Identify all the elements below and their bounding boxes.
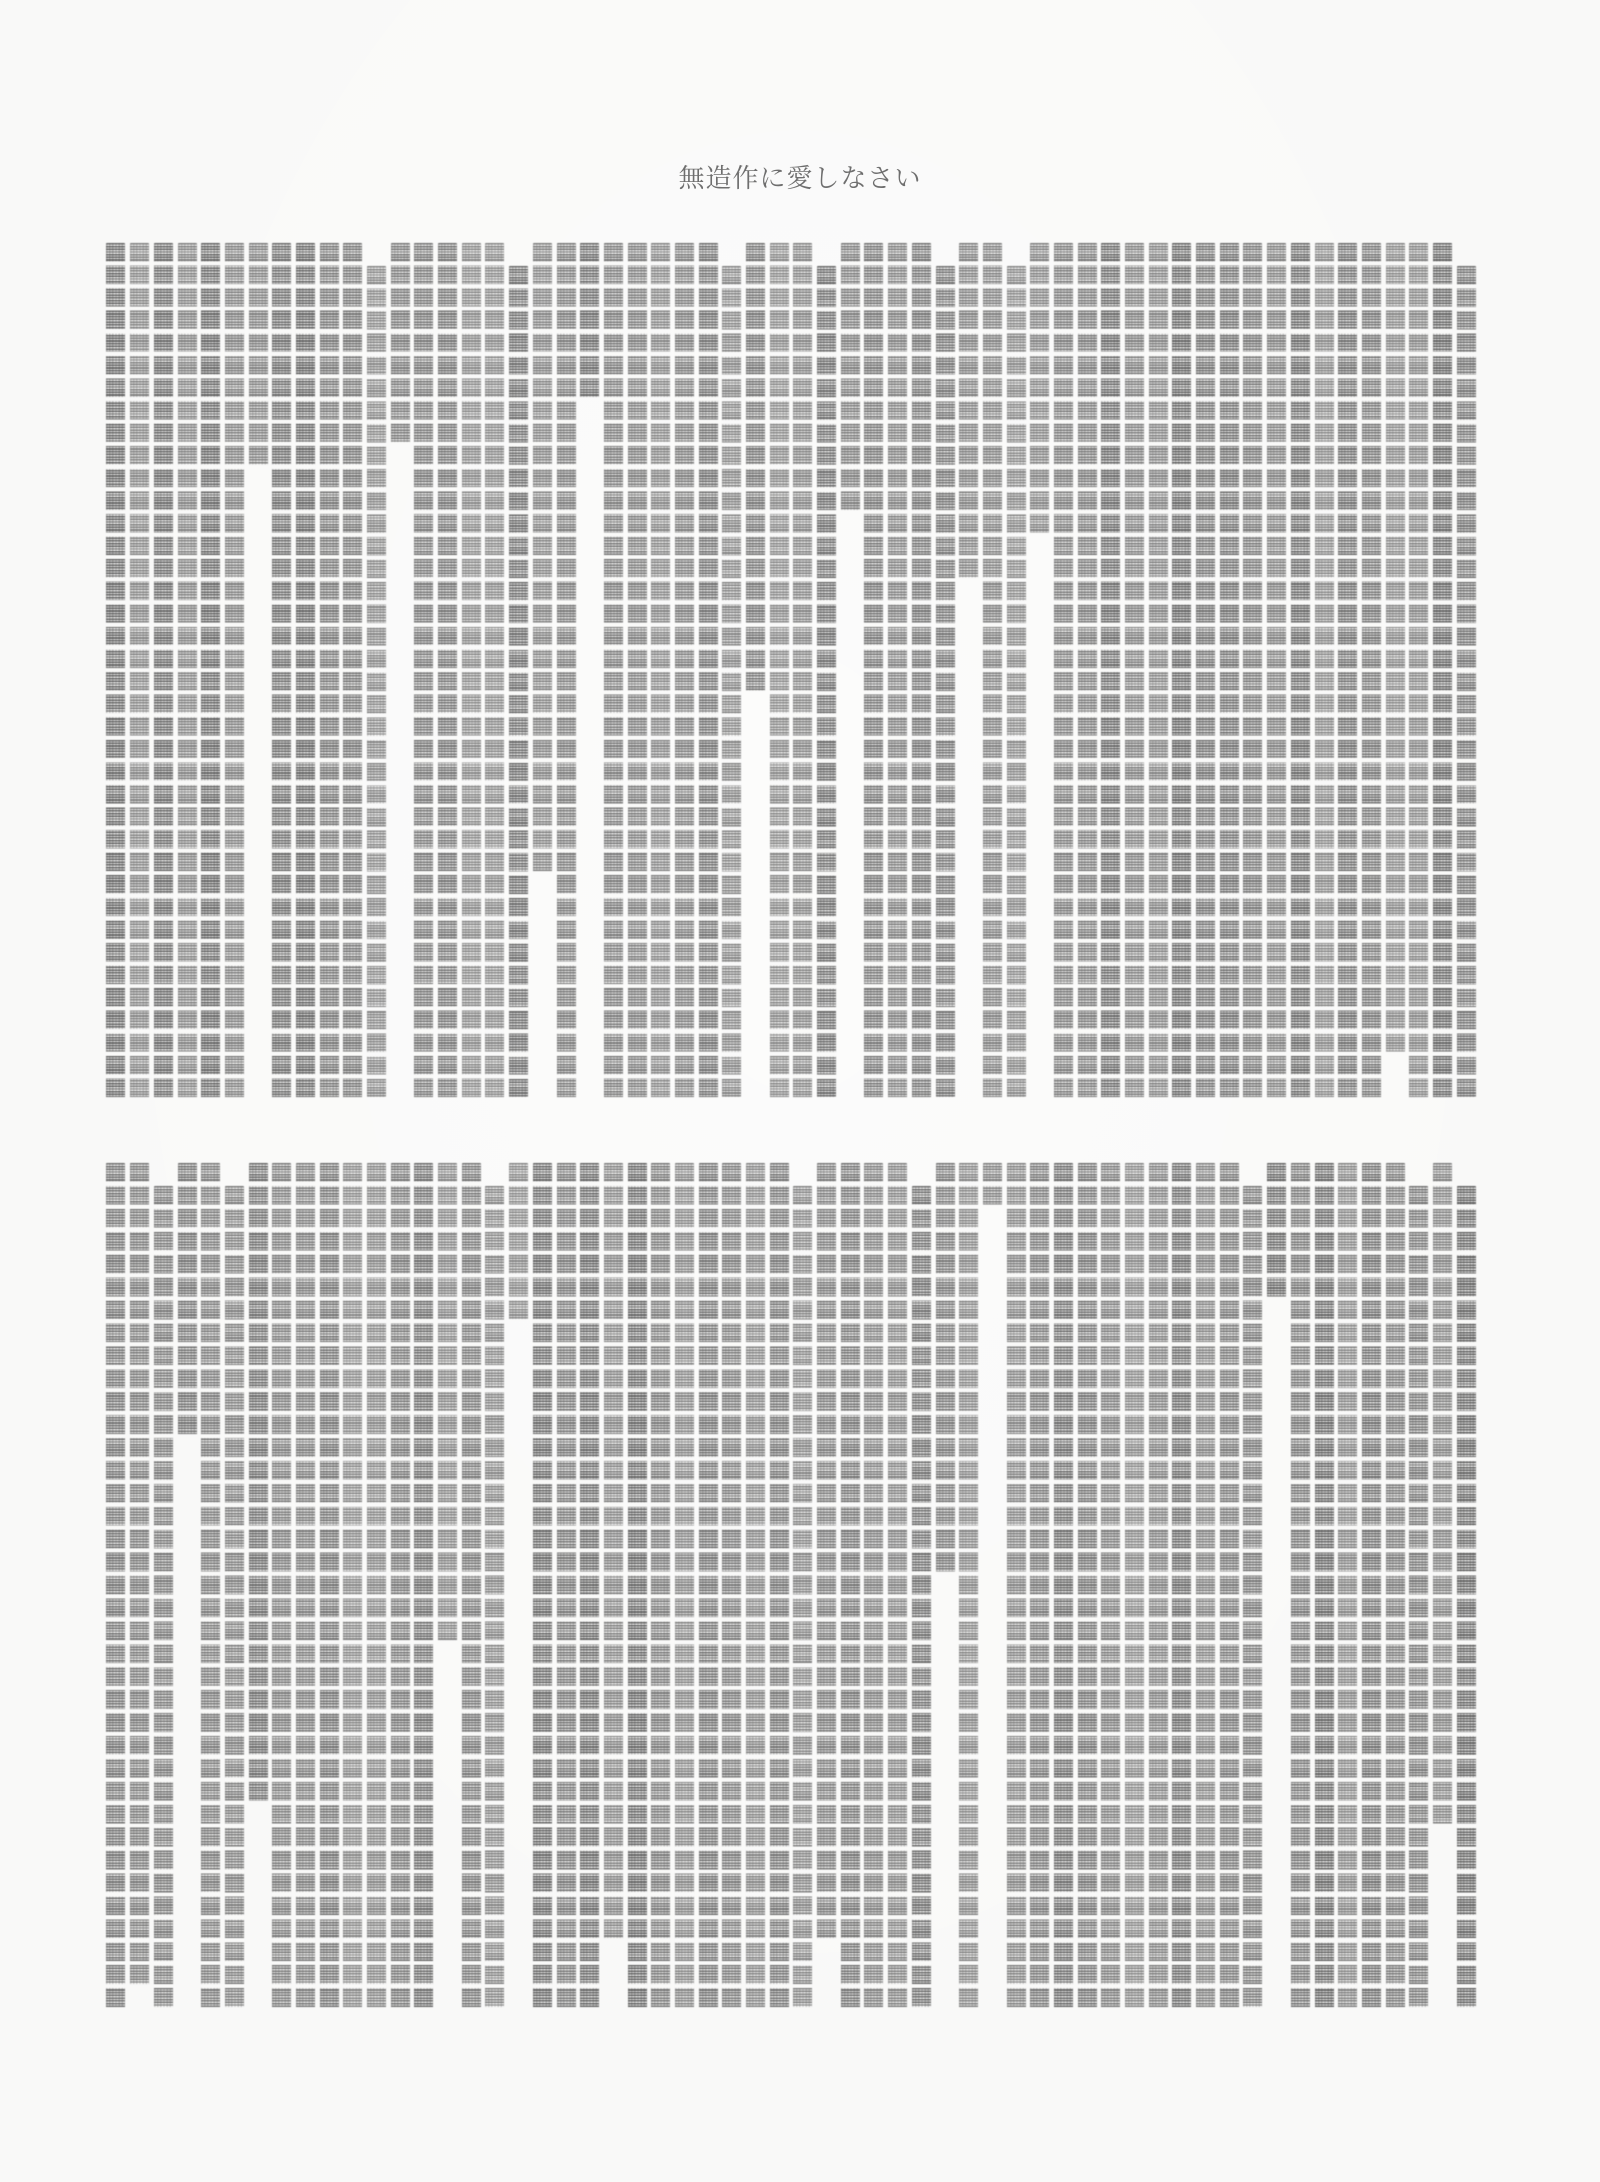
text-column [864, 243, 883, 1098]
text-column [557, 243, 576, 1098]
text-column [178, 243, 197, 1098]
text-column [841, 243, 860, 510]
text-column [1030, 1163, 1049, 2008]
text-column [864, 1163, 883, 2008]
text-column [1433, 243, 1452, 1098]
text-column [343, 1163, 362, 2008]
scanned-page: 無造作に愛しなさい [0, 0, 1600, 2182]
text-column [1291, 243, 1310, 1098]
text-column [580, 243, 599, 398]
text-column [249, 1163, 268, 1801]
text-column [1243, 1186, 1262, 2008]
text-column [462, 1163, 481, 2008]
text-column [628, 1163, 647, 2008]
text-column [888, 243, 907, 1098]
text-column [296, 1163, 315, 2008]
text-column [201, 243, 220, 1098]
text-column [699, 1163, 718, 2008]
text-column [1386, 243, 1405, 1052]
text-column [1030, 243, 1049, 533]
text-column [1220, 1163, 1239, 2008]
text-column [1172, 243, 1191, 1098]
text-column [1078, 243, 1097, 1098]
text-column [533, 243, 552, 872]
text-column [983, 1163, 1002, 1205]
text-column [1457, 1186, 1476, 2008]
text-column [1338, 1163, 1357, 2008]
text-column [249, 243, 268, 465]
text-column [509, 1163, 528, 1320]
text-column [225, 1186, 244, 2008]
text-column [485, 243, 504, 1098]
text-column [1409, 1186, 1428, 2008]
text-column [604, 1163, 623, 1939]
bottom-text-block [100, 1163, 1478, 2011]
text-column [888, 1163, 907, 2008]
text-column [130, 243, 149, 1098]
text-column [1267, 1163, 1286, 1297]
page-title: 無造作に愛しなさい [0, 158, 1600, 195]
text-column [1315, 243, 1334, 1098]
text-column [414, 1163, 433, 2008]
text-column [793, 1186, 812, 2008]
text-column [912, 1186, 931, 2008]
text-column [272, 1163, 291, 2008]
text-column [1078, 1163, 1097, 2008]
text-column [1101, 1163, 1120, 2008]
text-column [628, 243, 647, 1098]
text-column [841, 1163, 860, 2008]
text-column [651, 1163, 670, 2008]
text-column [817, 266, 836, 1098]
text-column [936, 266, 955, 1098]
text-column [912, 243, 931, 1098]
text-column [414, 243, 433, 1098]
text-column [367, 1163, 386, 2008]
text-column [793, 243, 812, 1098]
text-column [722, 266, 741, 1098]
text-column [1220, 243, 1239, 1098]
text-column [1267, 243, 1286, 1098]
text-column [651, 243, 670, 1098]
text-column [485, 1186, 504, 2008]
text-column [1007, 266, 1026, 1098]
text-column [1362, 1163, 1381, 2008]
text-column [320, 243, 339, 1098]
text-column [817, 1163, 836, 1939]
text-column [1457, 266, 1476, 1098]
text-column [959, 1163, 978, 2008]
text-column [1362, 243, 1381, 1098]
text-column [746, 1163, 765, 2008]
text-column [391, 243, 410, 443]
text-column [1386, 1163, 1405, 2008]
text-column [272, 243, 291, 1098]
text-column [201, 1163, 220, 2008]
text-column [1243, 243, 1262, 1098]
text-column [1196, 243, 1215, 1098]
text-column [722, 1163, 741, 2008]
text-column [1054, 243, 1073, 1098]
text-column [746, 243, 765, 691]
text-column [1054, 1163, 1073, 2008]
text-column [1007, 1163, 1026, 2008]
text-column [770, 1163, 789, 2008]
text-column [106, 1163, 125, 2008]
text-column [983, 243, 1002, 1098]
text-column [1196, 1163, 1215, 2008]
text-column [1291, 1163, 1310, 2008]
text-column [1149, 243, 1168, 1098]
text-column [1433, 1163, 1452, 1824]
text-column [1338, 243, 1357, 1098]
text-column [130, 1163, 149, 1985]
top-text-block [100, 243, 1478, 1101]
text-column [1125, 1163, 1144, 2008]
text-column [106, 243, 125, 1098]
text-column [509, 266, 528, 1098]
text-column [320, 1163, 339, 2008]
text-column [675, 243, 694, 1098]
text-column [1315, 1163, 1334, 2008]
text-column [391, 1163, 410, 2008]
text-column [699, 243, 718, 1098]
text-column [1172, 1163, 1191, 2008]
text-column [604, 243, 623, 1098]
text-column [936, 1163, 955, 1572]
text-column [1101, 243, 1120, 1098]
text-column [959, 243, 978, 578]
text-column [296, 243, 315, 1098]
text-column [367, 266, 386, 1098]
text-column [1409, 243, 1428, 1098]
text-column [1149, 1163, 1168, 2008]
text-column [154, 243, 173, 1098]
text-column [438, 1163, 457, 1641]
text-column [1125, 243, 1144, 1098]
text-column [557, 1163, 576, 2008]
text-column [438, 243, 457, 1098]
text-column [580, 1163, 599, 2008]
text-column [675, 1163, 694, 2008]
text-column [225, 243, 244, 1098]
text-column [533, 1163, 552, 2008]
text-column [770, 243, 789, 1098]
text-column [343, 243, 362, 1098]
text-column [154, 1186, 173, 2008]
text-column [462, 243, 481, 1098]
text-column [178, 1163, 197, 1435]
